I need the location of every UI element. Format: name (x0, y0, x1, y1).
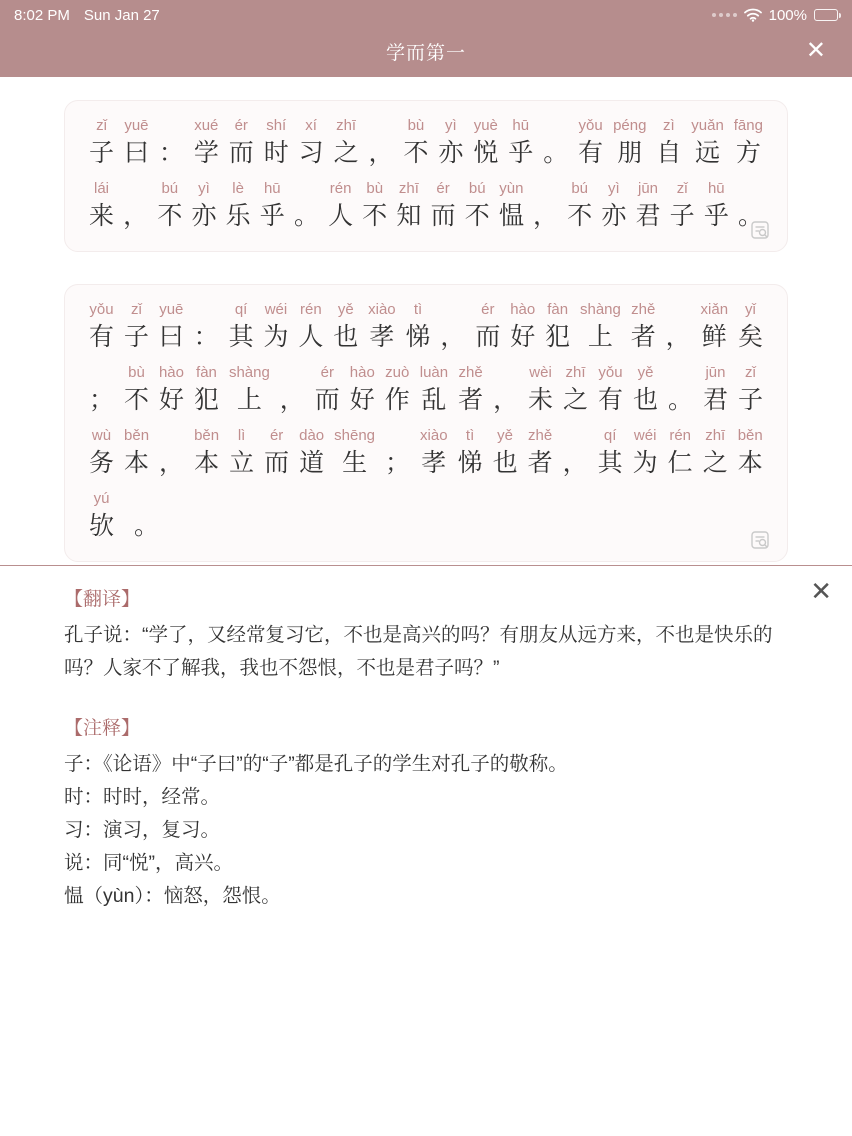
ruby-token: xiào孝 (420, 425, 448, 480)
ruby-token: hū乎 (260, 178, 285, 233)
ruby-token: yùn愠 (499, 178, 524, 233)
ruby-token: ； (385, 425, 410, 480)
ruby-token: fàn犯 (194, 362, 219, 417)
ruby-token: 。 (543, 115, 568, 170)
ruby-token: 。 (294, 178, 319, 233)
status-bar: 8:02 PM Sun Jan 27 100% (0, 0, 852, 26)
ruby-token: yuǎn远 (691, 115, 724, 170)
ruby-token: wéi为 (633, 425, 658, 480)
text-line: lái来 ，bú不yì亦lè乐hū乎 。rén人bù不zhī知ér而bú不yùn… (89, 178, 763, 233)
ruby-token: qí其 (229, 299, 254, 354)
ruby-token: luàn乱 (420, 362, 448, 417)
ruby-token: shàng上 (229, 362, 270, 417)
ruby-token: ， (563, 425, 588, 480)
cellular-signal-icon (712, 13, 737, 17)
ruby-token: rén人 (298, 299, 323, 354)
ruby-token: běn本 (738, 425, 763, 480)
reading-area: zǐ子yuē曰 ：xué学ér而shí时xí习zhī之 ，bù不yì亦yuè悦h… (0, 77, 852, 562)
ruby-token: zǐ子 (670, 178, 695, 233)
status-time: 8:02 PM (14, 7, 70, 24)
ruby-token: zhě者 (528, 425, 553, 480)
ruby-token: xué学 (194, 115, 219, 170)
text-line: yú欤 。 (89, 488, 763, 543)
ruby-token: ： (159, 115, 184, 170)
ruby-token: yǒu有 (89, 299, 114, 354)
note-line: 时：时时，经常。 (64, 781, 796, 814)
note-line: 习：演习，复习。 (64, 814, 796, 847)
ruby-token: bú不 (465, 178, 490, 233)
ruby-token: yuē曰 (159, 299, 184, 354)
ruby-token: bù不 (403, 115, 428, 170)
ruby-token: yì亦 (191, 178, 216, 233)
notes-list: 子：《论语》中“子曰”的“子”都是孔子的学生对孔子的敬称。时：时时，经常。习：演… (64, 748, 796, 913)
battery-icon (814, 9, 838, 21)
ruby-token: ， (369, 115, 394, 170)
ruby-token: ， (533, 178, 558, 233)
ruby-token: shàng上 (580, 299, 621, 354)
top-bar: 8:02 PM Sun Jan 27 100% 学而第一 ✕ (0, 0, 852, 77)
ruby-token: zǐ子 (89, 115, 114, 170)
verse-card: yǒu有zǐ子yuē曰 ：qí其wéi为rén人yě也xiào孝tì悌 ，ér而… (64, 284, 788, 562)
ruby-token: zì自 (656, 115, 681, 170)
ruby-token: yǒu有 (598, 362, 623, 417)
ruby-token: zhī之 (563, 362, 588, 417)
translation-label: 【翻译】 (64, 584, 796, 611)
panel-close-button[interactable]: ✕ (810, 578, 832, 604)
ruby-token: qí其 (598, 425, 623, 480)
ruby-token: zǐ子 (124, 299, 149, 354)
ruby-token: ， (280, 362, 305, 417)
ruby-token: lè乐 (226, 178, 251, 233)
ruby-token: zǐ子 (738, 362, 763, 417)
ruby-token: běn本 (194, 425, 219, 480)
ruby-token: yě也 (493, 425, 518, 480)
ruby-token: hū乎 (704, 178, 729, 233)
ruby-token: ér而 (264, 425, 289, 480)
ruby-token: yě也 (633, 362, 658, 417)
wifi-icon (744, 8, 762, 22)
ruby-token: ： (194, 299, 219, 354)
ruby-token: zhě者 (631, 299, 656, 354)
ruby-token: ， (493, 362, 518, 417)
ruby-token: bú不 (157, 178, 182, 233)
ruby-token: 。 (134, 488, 159, 543)
ruby-token: tì悌 (406, 299, 431, 354)
ruby-token: yǒu有 (578, 115, 603, 170)
ruby-token: fāng方 (734, 115, 763, 170)
ruby-token: lái来 (89, 178, 114, 233)
close-button[interactable]: ✕ (806, 39, 826, 63)
translation-text: 孔子说：“学了，又经常复习它，不也是高兴的吗？有朋友从远方来，不也是快乐的吗？人… (64, 619, 794, 685)
note-line: 说：同“悦”，高兴。 (64, 847, 796, 880)
ruby-token: hào好 (510, 299, 535, 354)
doc-search-icon[interactable] (749, 219, 771, 241)
ruby-token: yì亦 (601, 178, 626, 233)
ruby-token: lì立 (229, 425, 254, 480)
ruby-token: zhě者 (458, 362, 483, 417)
ruby-token: xiǎn鲜 (701, 299, 729, 354)
ruby-token: 。 (668, 362, 693, 417)
note-line: 子：《论语》中“子曰”的“子”都是孔子的学生对孔子的敬称。 (64, 748, 796, 781)
ruby-token: hū乎 (508, 115, 533, 170)
ruby-token: ， (440, 299, 465, 354)
ruby-token: péng朋 (613, 115, 646, 170)
ruby-token: rén人 (328, 178, 353, 233)
ruby-token: ， (159, 425, 184, 480)
ruby-token: ， (666, 299, 691, 354)
notes-label: 【注释】 (64, 713, 796, 740)
verse-card: zǐ子yuē曰 ：xué学ér而shí时xí习zhī之 ，bù不yì亦yuè悦h… (64, 100, 788, 252)
ruby-token: zuò作 (385, 362, 410, 417)
text-line: yǒu有zǐ子yuē曰 ：qí其wéi为rén人yě也xiào孝tì悌 ，ér而… (89, 299, 763, 354)
ruby-token: bù不 (124, 362, 149, 417)
ruby-token: dào道 (299, 425, 324, 480)
ruby-token: zhī之 (703, 425, 728, 480)
ruby-token: jūn君 (636, 178, 661, 233)
nav-bar: 学而第一 ✕ (0, 26, 852, 76)
note-line: 愠（yùn）：恼怒，怨恨。 (64, 880, 796, 913)
ruby-token: yuē曰 (124, 115, 149, 170)
text-line: ；bù不hào好fàn犯shàng上 ，ér而hào好zuò作luàn乱zhě者… (89, 362, 763, 417)
ruby-token: yě也 (333, 299, 358, 354)
ruby-token: hào好 (159, 362, 184, 417)
ruby-token: jūn君 (703, 362, 728, 417)
ruby-token: fàn犯 (545, 299, 570, 354)
ruby-token: tì悌 (458, 425, 483, 480)
status-date: Sun Jan 27 (84, 7, 160, 24)
text-line: zǐ子yuē曰 ：xué学ér而shí时xí习zhī之 ，bù不yì亦yuè悦h… (89, 115, 763, 170)
ruby-token: zhī知 (396, 178, 421, 233)
ruby-token: běn本 (124, 425, 149, 480)
ruby-token: yì亦 (438, 115, 463, 170)
ruby-token: ér而 (475, 299, 500, 354)
ruby-token: xiào孝 (368, 299, 396, 354)
ruby-token: wéi为 (263, 299, 288, 354)
ruby-token: wù务 (89, 425, 114, 480)
ruby-token: ， (123, 178, 148, 233)
ruby-token: ； (89, 362, 114, 417)
ruby-token: bù不 (362, 178, 387, 233)
annotation-panel: ✕ 【翻译】 孔子说：“学了，又经常复习它，不也是高兴的吗？有朋友从远方来，不也… (0, 566, 852, 913)
ruby-token: rén仁 (668, 425, 693, 480)
text-line: wù务běn本 ，běn本lì立ér而dào道shēng生 ；xiào孝tì悌y… (89, 425, 763, 480)
ruby-token: bú不 (567, 178, 592, 233)
page-title: 学而第一 (386, 38, 466, 65)
ruby-token: ér而 (431, 178, 456, 233)
ruby-token: yú欤 (89, 488, 114, 543)
battery-percent: 100% (769, 7, 807, 24)
ruby-token: yuè悦 (473, 115, 498, 170)
ruby-token: zhī之 (334, 115, 359, 170)
ruby-token: xí习 (299, 115, 324, 170)
ruby-token: wèi未 (528, 362, 553, 417)
ruby-token: hào好 (350, 362, 375, 417)
ruby-token: yǐ矣 (738, 299, 763, 354)
ruby-token: shí时 (264, 115, 289, 170)
ruby-token: ér而 (315, 362, 340, 417)
ruby-token: ér而 (229, 115, 254, 170)
doc-search-icon[interactable] (749, 529, 771, 551)
ruby-token: shēng生 (334, 425, 375, 480)
